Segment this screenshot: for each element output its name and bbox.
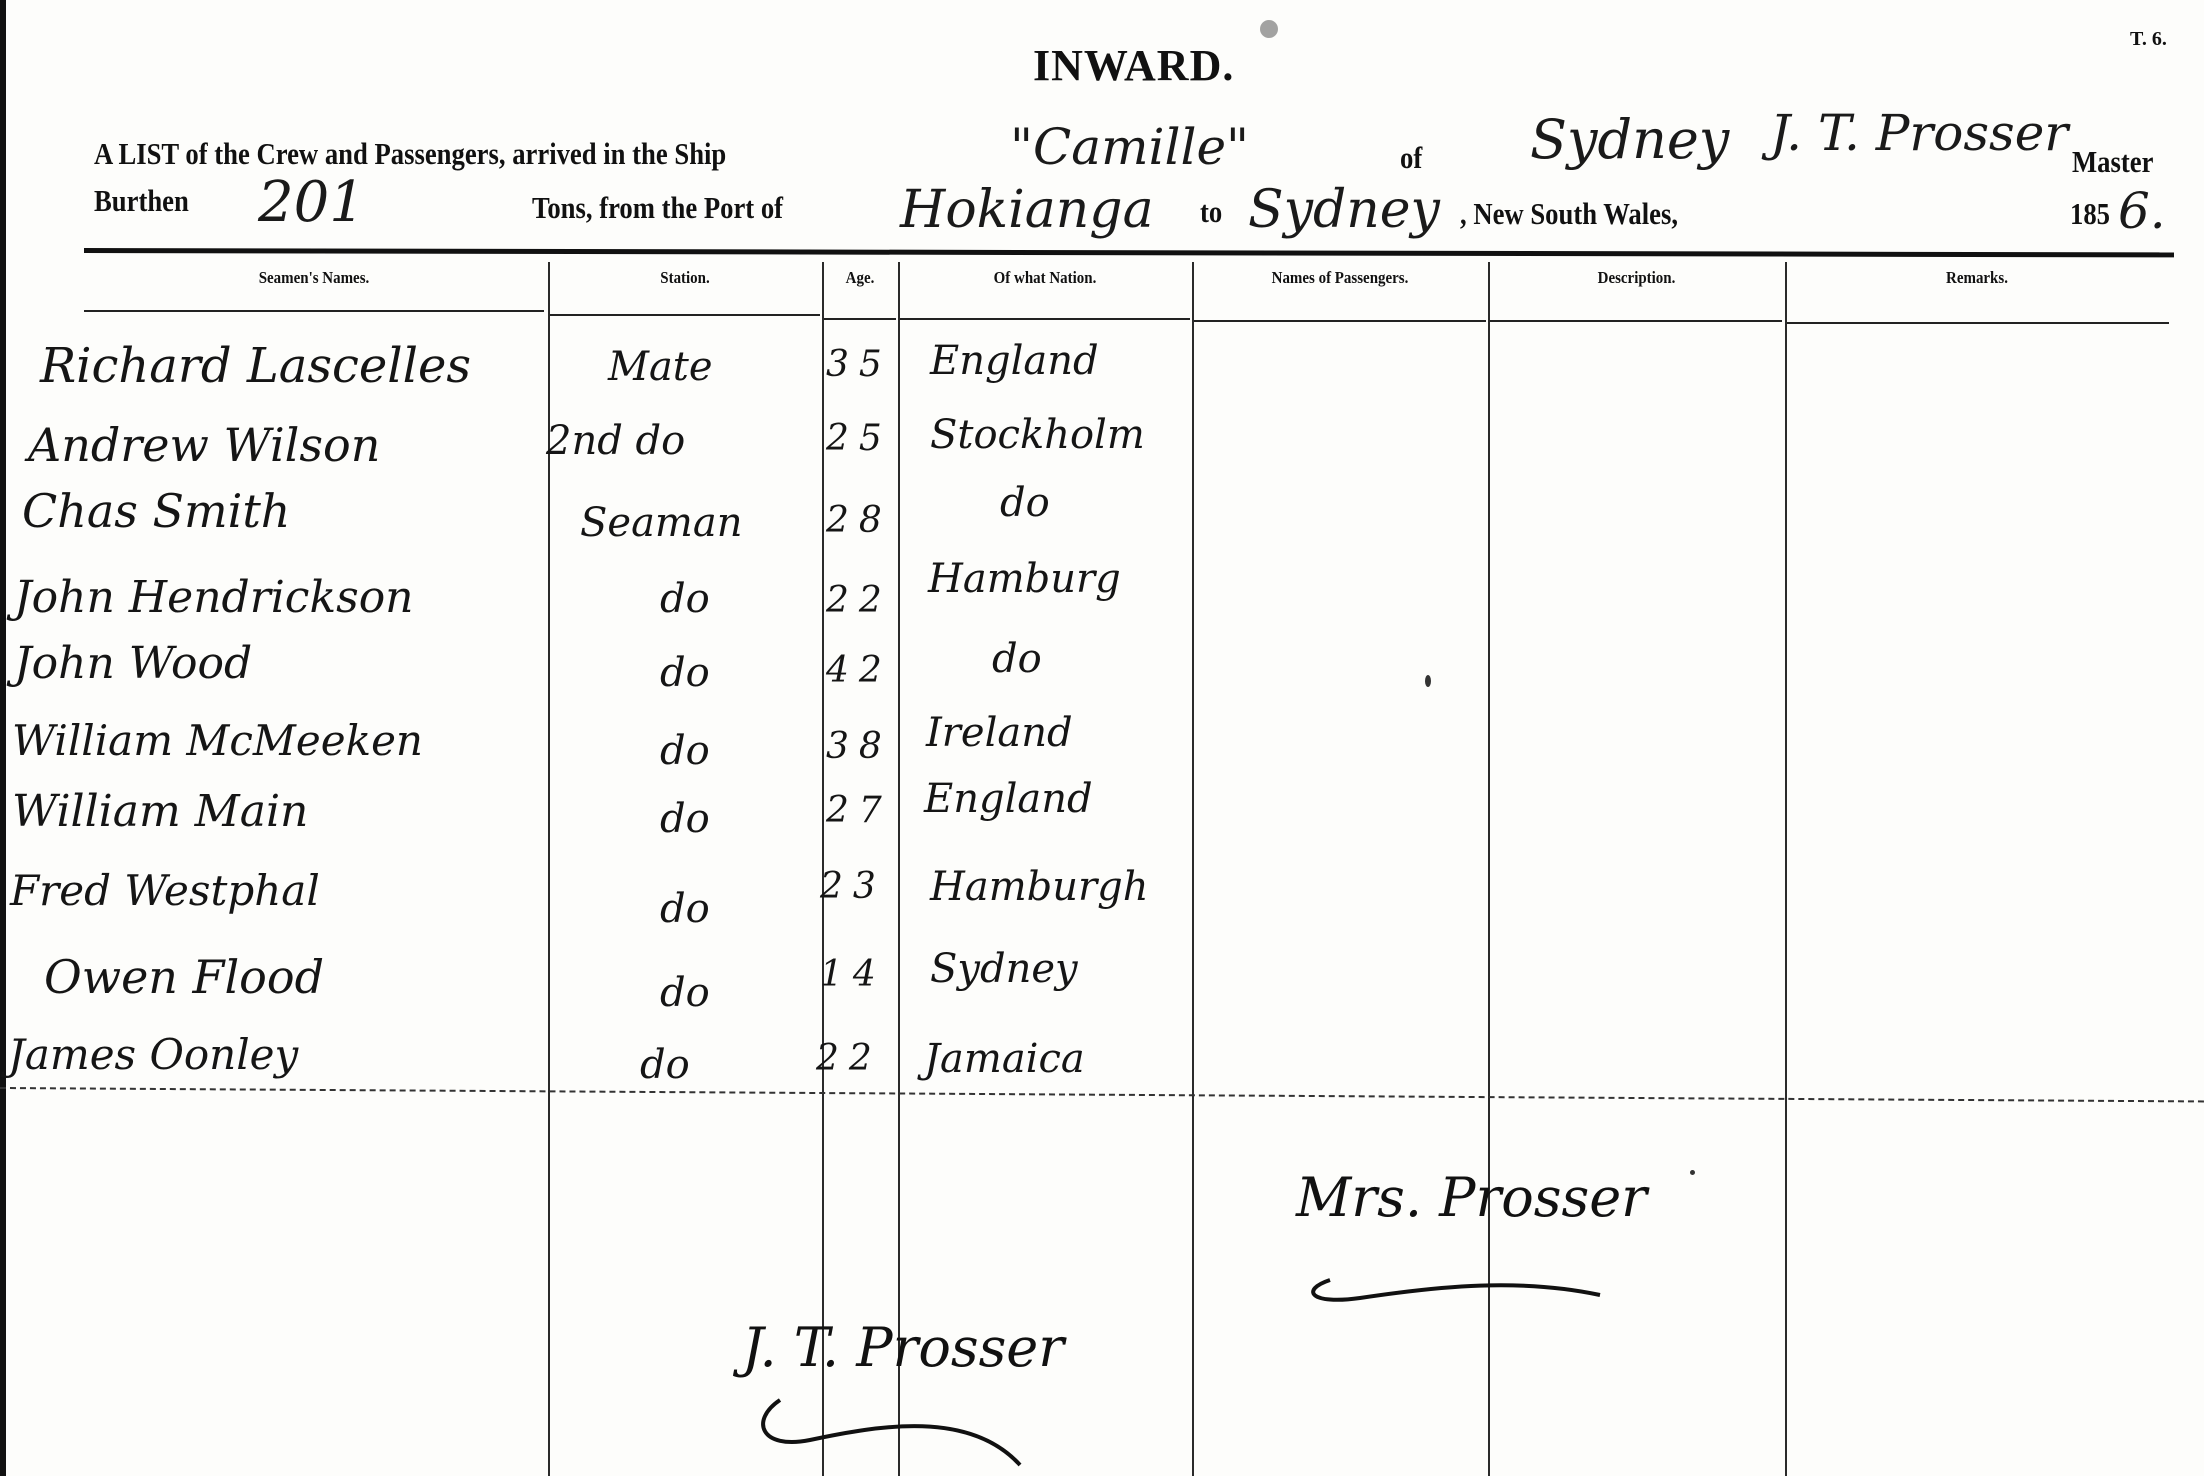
nation: Stockholm xyxy=(930,412,1145,458)
master-name: J. T. Prosser xyxy=(1770,104,2068,162)
column-header-remarks: Remarks. xyxy=(1808,268,2146,288)
column-divider xyxy=(1192,262,1194,1476)
seaman-name: John Wood xyxy=(14,638,252,689)
column-header-nation: Of what Nation. xyxy=(916,268,1175,288)
crew-passenger-list-page: INWARD. T. 6. A LIST of the Crew and Pas… xyxy=(0,0,2204,1476)
age: 28 xyxy=(826,500,892,541)
region-label: , New South Wales, xyxy=(1460,196,1678,232)
seaman-name: Andrew Wilson xyxy=(28,418,380,472)
signature-flourish xyxy=(1300,1250,1620,1310)
station: do xyxy=(660,576,710,622)
age: 38 xyxy=(826,726,892,767)
master-label: Master xyxy=(2072,144,2153,180)
nation: Ireland xyxy=(926,710,1073,756)
signature-master: J. T. Prosser xyxy=(742,1316,1064,1379)
seaman-name: John Hendrickson xyxy=(14,572,414,623)
nation: do xyxy=(992,636,1042,682)
header-underline xyxy=(898,318,1190,320)
station: do xyxy=(640,1042,690,1088)
heading-rule xyxy=(84,248,2174,257)
form-number: T. 6. xyxy=(2130,28,2167,51)
document-title: INWARD. xyxy=(1033,40,1234,91)
to-label: to xyxy=(1200,194,1222,230)
year-printed: 185 xyxy=(2070,196,2110,232)
station: 2nd do xyxy=(546,418,685,464)
column-header-passenger-names: Names of Passengers. xyxy=(1210,268,1470,288)
nation: Jamaica xyxy=(924,1036,1085,1082)
station: do xyxy=(660,796,710,842)
header-underline xyxy=(84,310,544,312)
scan-edge xyxy=(0,0,6,1476)
to-port: Sydney xyxy=(1248,180,1440,240)
scan-speck xyxy=(1690,1170,1695,1175)
seaman-name: Fred Westphal xyxy=(10,866,320,915)
age: 23 xyxy=(820,866,886,907)
station: do xyxy=(660,728,710,774)
seaman-name: William Main xyxy=(12,786,308,837)
scan-speck xyxy=(1425,675,1431,687)
age: 35 xyxy=(826,344,892,385)
nation: Hamburgh xyxy=(930,864,1149,910)
column-divider xyxy=(1785,262,1787,1476)
signature-second: Mrs. Prosser xyxy=(1296,1166,1647,1229)
heading-list-prefix: A LIST of the Crew and Passengers, arriv… xyxy=(94,136,726,172)
burthen-value: 201 xyxy=(258,170,365,235)
scan-speck xyxy=(1260,20,1278,38)
age: 42 xyxy=(826,650,892,691)
header-underline xyxy=(822,318,896,320)
station: Seaman xyxy=(580,500,742,546)
seaman-name: Richard Lascelles xyxy=(40,338,471,394)
seaman-name: Chas Smith xyxy=(22,484,290,538)
station: do xyxy=(660,970,710,1016)
nation: England xyxy=(930,338,1099,384)
age: 27 xyxy=(826,790,892,831)
nation: do xyxy=(1000,480,1050,526)
column-header-age: Age. xyxy=(827,268,894,288)
ship-home-port: Sydney xyxy=(1530,108,1729,171)
from-port: Hokianga xyxy=(900,180,1154,240)
signature-flourish xyxy=(750,1390,1050,1470)
column-header-description: Description. xyxy=(1506,268,1767,288)
nation: England xyxy=(924,776,1093,822)
seaman-name: William McMeeken xyxy=(12,716,423,765)
header-underline xyxy=(548,314,820,316)
burthen-label: Burthen xyxy=(94,183,189,219)
seaman-name: James Oonley xyxy=(8,1030,298,1079)
year-handwritten: 6. xyxy=(2118,182,2166,240)
tons-from-port-label: Tons, from the Port of xyxy=(532,190,783,226)
age: 25 xyxy=(826,418,892,459)
column-header-station: Station. xyxy=(564,268,805,288)
age: 22 xyxy=(816,1038,882,1079)
column-divider xyxy=(898,262,900,1476)
station: Mate xyxy=(608,344,713,390)
ship-name: "Camille" xyxy=(1010,118,1249,176)
seaman-name: Owen Flood xyxy=(44,950,324,1004)
station: do xyxy=(660,886,710,932)
nation: Hamburg xyxy=(928,556,1121,602)
age: 22 xyxy=(826,580,892,621)
age: 14 xyxy=(820,954,886,995)
header-underline xyxy=(1488,320,1782,322)
station: do xyxy=(660,650,710,696)
of-label: of xyxy=(1400,140,1422,176)
end-of-list-rule xyxy=(0,1087,2204,1102)
header-underline xyxy=(1785,322,2169,324)
nation: Sydney xyxy=(930,946,1078,992)
header-underline xyxy=(1192,320,1486,322)
column-header-seamens-names: Seamen's Names. xyxy=(112,268,517,288)
